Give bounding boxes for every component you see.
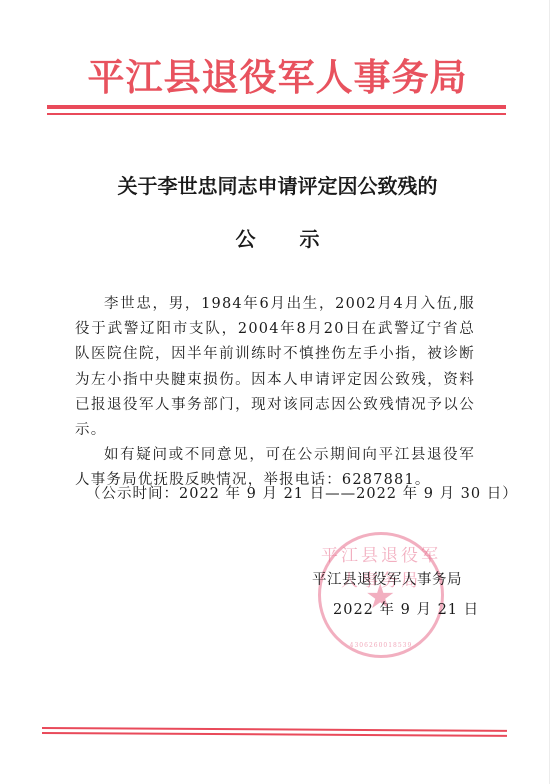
- subtitle-char: 公: [236, 223, 256, 252]
- document-body: 李世忠，男，1984年6月出生，2002月4月入伍,服役于武警辽阳市支队，200…: [75, 292, 475, 494]
- seal-code: 4306260018539: [321, 642, 441, 649]
- letterhead-rule-thick: [47, 105, 506, 109]
- signature-org: 平江县退役军人事务局: [312, 568, 462, 589]
- letterhead-rule-thin: [47, 113, 506, 115]
- subtitle-char: 示: [300, 223, 320, 252]
- footer-rule-bottom: [42, 732, 507, 737]
- notice-period: （公示时间：2022 年 9 月 21 日——2022 年 9 月 30 日）: [86, 482, 518, 503]
- signature-date: 2022 年 9 月 21 日: [333, 598, 479, 619]
- page-edge: [549, 0, 550, 784]
- letterhead-org-name: 平江县退役军人事务局: [0, 47, 555, 101]
- document-title: 关于李世忠同志申请评定因公致残的: [0, 170, 555, 199]
- official-seal: 平江县退役军人事务局 ★ 4306260018539: [318, 532, 444, 658]
- footer-rule-top: [42, 727, 507, 732]
- paragraph: 李世忠，男，1984年6月出生，2002月4月入伍,服役于武警辽阳市支队，200…: [75, 292, 475, 443]
- document-subtitle: 公示: [0, 223, 555, 252]
